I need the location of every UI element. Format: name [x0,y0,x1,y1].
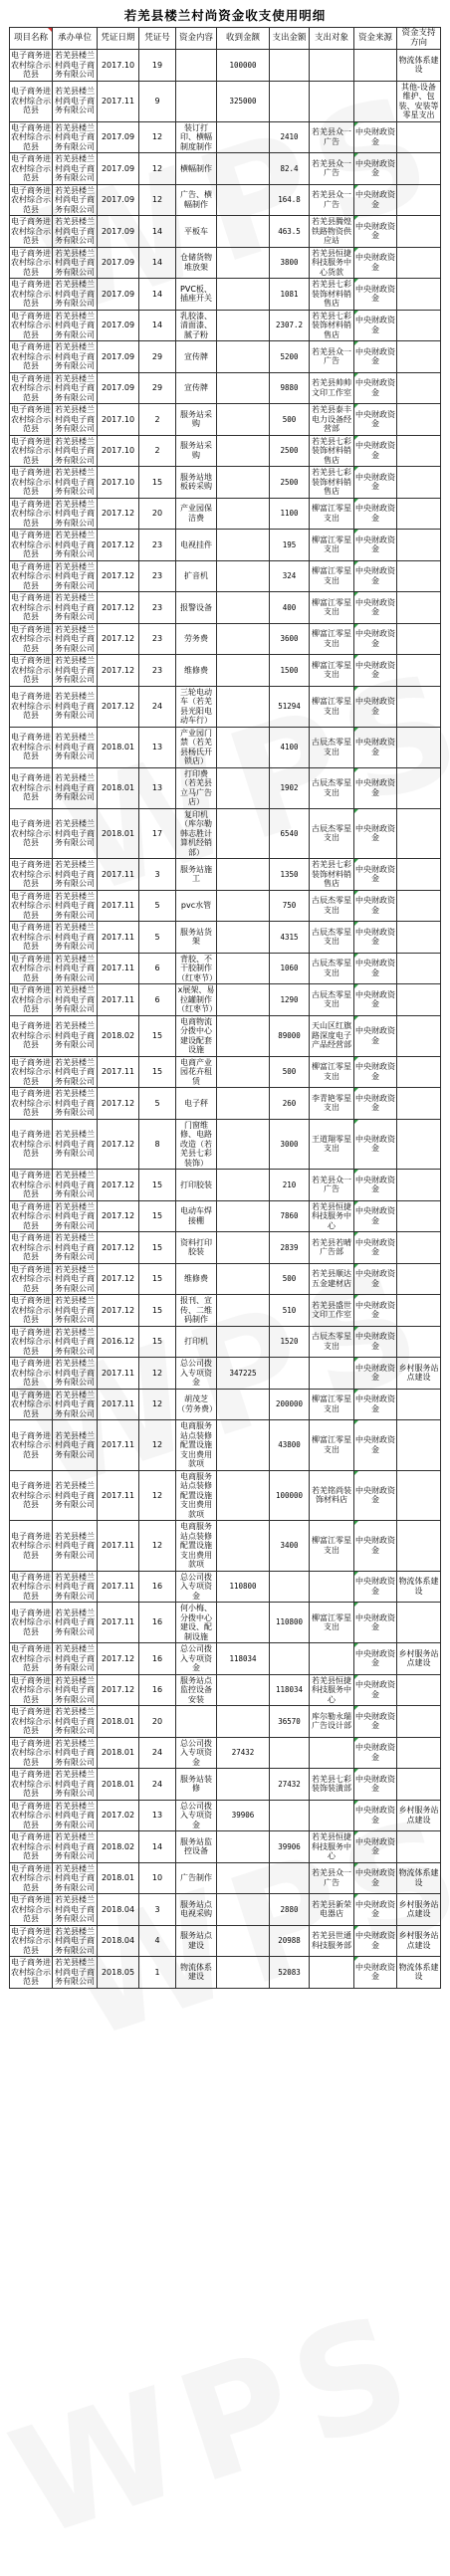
cell-project-name: 电子商务进农村综合示范县 [10,1119,53,1170]
table-body: 电子商务进农村综合示范县若羌县楼兰村尚电子商务有限公司2017.10191000… [10,50,441,1989]
cell-spent-amount: 110800 [270,1603,310,1643]
cell-organizer: 若羌县楼兰村尚电子商务有限公司 [53,1200,98,1232]
cell-spent-amount: 27432 [270,1769,310,1801]
cell-payee: 古辰杰零星支出 [310,890,354,922]
column-header: 资金来源 [354,28,397,50]
cell-voucher-date: 2017.11 [98,1470,139,1521]
cell-project-name: 电子商务进农村综合示范县 [10,279,53,311]
cell-fund-content: 总公司拨入专项资金 [176,1571,217,1603]
cell-voucher-no: 12 [139,153,176,185]
cell-organizer: 若羌县楼兰村尚电子商务有限公司 [53,81,98,121]
cell-fund-source: 中央财政资金 [354,1170,397,1201]
cell-fund-source: 中央财政资金 [354,435,397,467]
cell-project-name: 电子商务进农村综合示范县 [10,247,53,279]
cell-voucher-date: 2018.02 [98,1831,139,1863]
cell-voucher-no: 19 [139,50,176,82]
table-row: 电子商务进农村综合示范县若羌县楼兰村尚电子商务有限公司2018.0215电商物流… [10,1015,441,1056]
cell-voucher-date: 2017.09 [98,279,139,311]
cell-voucher-date: 2018.01 [98,1769,139,1801]
cell-project-name: 电子商务进农村综合示范县 [10,50,53,82]
cell-organizer: 若羌县楼兰村尚电子商务有限公司 [53,310,98,341]
cell-project-name: 电子商务进农村综合示范县 [10,1200,53,1232]
cell-project-name: 电子商务进农村综合示范县 [10,372,53,404]
cell-received-amount: 27432 [217,1737,270,1769]
cell-fund-content: 维修费 [176,1263,217,1295]
cell-spent-amount: 5200 [270,341,310,373]
cell-fund-source: 中央财政资金 [354,1521,397,1572]
cell-payee: 若羌县众一广告 [310,153,354,185]
cell-received-amount [217,922,270,954]
cell-voucher-date: 2018.01 [98,727,139,767]
cell-received-amount [217,890,270,922]
cell-payee: 柳富江零星支出 [310,530,354,561]
cell-payee: 王道翔零星支出 [310,1119,354,1170]
cell-fund-direction [397,372,441,404]
cell-fund-direction [397,1769,441,1801]
cell-received-amount [217,1862,270,1894]
cell-voucher-no: 5 [139,922,176,954]
cell-organizer: 若羌县楼兰村尚电子商务有限公司 [53,216,98,248]
cell-payee: 柳富江零星支出 [310,1420,354,1471]
cell-organizer: 若羌县楼兰村尚电子商务有限公司 [53,1706,98,1738]
cell-voucher-no: 12 [139,1389,176,1420]
cell-payee: 若羌县七彩装饰材料销售店 [310,279,354,311]
cell-fund-source: 中央财政资金 [354,1015,397,1056]
column-header: 凭证日期 [98,28,139,50]
cell-fund-source: 中央财政资金 [354,1358,397,1390]
cell-fund-direction [397,953,441,984]
table-row: 电子商务进农村综合示范县若羌县楼兰村尚电子商务有限公司2016.1215打印机1… [10,1326,441,1358]
cell-voucher-date: 2017.12 [98,592,139,624]
cell-payee: 若羌县泰丰电力设备经营部 [310,404,354,436]
cell-spent-amount: 2307.2 [270,310,310,341]
cell-payee: 古辰杰零星支出 [310,953,354,984]
table-row: 电子商务进农村综合示范县若羌县楼兰村尚电子商务有限公司2017.115pvc水管… [10,890,441,922]
cell-organizer: 若羌县楼兰村尚电子商务有限公司 [53,498,98,530]
cell-fund-direction [397,1088,441,1120]
cell-received-amount [217,279,270,311]
cell-fund-content: PVC板、插座开关 [176,279,217,311]
table-row: 电子商务进农村综合示范县若羌县楼兰村尚电子商务有限公司2018.051物流体系建… [10,1957,441,1989]
cell-voucher-date: 2017.11 [98,1603,139,1643]
cell-project-name: 电子商务进农村综合示范县 [10,1470,53,1521]
cell-fund-source: 中央财政资金 [354,767,397,808]
cell-received-amount [217,467,270,499]
cell-organizer: 若羌县楼兰村尚电子商务有限公司 [53,890,98,922]
cell-spent-amount: 1520 [270,1326,310,1358]
cell-fund-content: 总公司拨入专项资金 [176,1737,217,1769]
cell-fund-direction: 乡村服务站点建设 [397,1643,441,1675]
cell-voucher-no: 12 [139,1420,176,1471]
cell-payee: 若羌县七彩装饰材料销售店 [310,467,354,499]
cell-received-amount: 347225 [217,1358,270,1390]
cell-organizer: 若羌县楼兰村尚电子商务有限公司 [53,922,98,954]
cell-spent-amount: 500 [270,404,310,436]
cell-spent-amount: 2839 [270,1232,310,1264]
cell-voucher-date: 2017.12 [98,560,139,592]
table-row: 电子商务进农村综合示范县若羌县楼兰村尚电子商务有限公司2017.0912广告、横… [10,184,441,216]
cell-voucher-date: 2017.11 [98,953,139,984]
cell-voucher-date: 2017.09 [98,341,139,373]
cell-received-amount [217,1015,270,1056]
cell-fund-source: 中央财政资金 [354,922,397,954]
table-row: 电子商务进农村综合示范县若羌县楼兰村尚电子商务有限公司2017.11932500… [10,81,441,121]
cell-voucher-date: 2017.11 [98,1056,139,1088]
cell-fund-direction [397,560,441,592]
cell-fund-content: 复印机（库尔勒韩志胜计算机经销部） [176,808,217,859]
cell-voucher-date: 2017.11 [98,1420,139,1471]
cell-organizer: 若羌县楼兰村尚电子商务有限公司 [53,1470,98,1521]
cell-organizer: 若羌县楼兰村尚电子商务有限公司 [53,1263,98,1295]
cell-spent-amount [270,1643,310,1675]
cell-fund-content: 电子秤 [176,1088,217,1120]
cell-voucher-date: 2017.11 [98,1521,139,1572]
cell-received-amount [217,121,270,153]
cell-voucher-date: 2017.12 [98,1674,139,1706]
cell-voucher-date: 2017.12 [98,1088,139,1120]
cell-spent-amount: 39906 [270,1831,310,1863]
cell-spent-amount: 3800 [270,247,310,279]
cell-organizer: 若羌县楼兰村尚电子商务有限公司 [53,1170,98,1201]
cell-fund-source: 中央财政资金 [354,404,397,436]
table-row: 电子商务进农村综合示范县若羌县楼兰村尚电子商务有限公司2017.0914平板车4… [10,216,441,248]
cell-fund-source: 中央财政资金 [354,1470,397,1521]
table-row: 电子商务进农村综合示范县若羌县楼兰村尚电子商务有限公司2018.0124服务站装… [10,1769,441,1801]
cell-voucher-no: 3 [139,1894,176,1926]
cell-fund-content: 横幅制作 [176,153,217,185]
cell-received-amount [217,530,270,561]
cell-spent-amount: 500 [270,1263,310,1295]
cell-fund-content: 产业园保洁费 [176,498,217,530]
cell-voucher-date: 2018.01 [98,808,139,859]
cell-fund-direction [397,1389,441,1420]
cell-organizer: 若羌县楼兰村尚电子商务有限公司 [53,341,98,373]
cell-fund-direction [397,279,441,311]
cell-voucher-no: 2 [139,435,176,467]
cell-project-name: 电子商务进农村综合示范县 [10,727,53,767]
cell-fund-content: 三轮电动车（若羌县光阳电动车行） [176,686,217,727]
cell-fund-direction [397,1263,441,1295]
cell-voucher-date: 2017.12 [98,1119,139,1170]
cell-fund-content: 服务站点监控设备安装 [176,1674,217,1706]
cell-fund-source: 中央财政资金 [354,1769,397,1801]
cell-voucher-no: 23 [139,623,176,655]
cell-voucher-no: 16 [139,1643,176,1675]
cell-fund-direction [397,984,441,1016]
cell-payee: 柳富江零星支出 [310,498,354,530]
cell-fund-direction [397,1232,441,1264]
cell-spent-amount: 4315 [270,922,310,954]
table-row: 电子商务进农村综合示范县若羌县楼兰村尚电子商务有限公司2017.1112总公司拨… [10,1358,441,1390]
cell-fund-content: 服务站监控设备 [176,1831,217,1863]
cell-received-amount [217,767,270,808]
cell-received-amount: 39906 [217,1800,270,1831]
cell-voucher-date: 2017.02 [98,1800,139,1831]
cell-fund-content: 扩音机 [176,560,217,592]
table-row: 电子商务进农村综合示范县若羌县楼兰村尚电子商务有限公司2017.0912装订打印… [10,121,441,153]
cell-fund-content: 广告制作 [176,1862,217,1894]
cell-organizer: 若羌县楼兰村尚电子商务有限公司 [53,404,98,436]
cell-received-amount [217,655,270,687]
cell-received-amount [217,1200,270,1232]
cell-fund-content: 何小梅、分拨中心建设、配制设施 [176,1603,217,1643]
cell-fund-source: 中央财政资金 [354,1862,397,1894]
cell-spent-amount: 1902 [270,767,310,808]
cell-voucher-no: 6 [139,953,176,984]
cell-voucher-no: 14 [139,310,176,341]
cell-project-name: 电子商务进农村综合示范县 [10,153,53,185]
table-row: 电子商务进农村综合示范县若羌县楼兰村尚电子商务有限公司2017.102服务站采购… [10,404,441,436]
cell-voucher-no: 15 [139,1170,176,1201]
cell-fund-source: 中央财政资金 [354,1603,397,1643]
table-row: 电子商务进农村综合示范县若羌县楼兰村尚电子商务有限公司2017.1223电视挂件… [10,530,441,561]
table-row: 电子商务进农村综合示范县若羌县楼兰村尚电子商务有限公司2017.116背胶、不干… [10,953,441,984]
cell-project-name: 电子商务进农村综合示范县 [10,953,53,984]
cell-received-amount [217,1831,270,1863]
table-row: 电子商务进农村综合示范县若羌县楼兰村尚电子商务有限公司2017.125电子秤26… [10,1088,441,1120]
cell-payee: 若羌县七彩装饰材料销售店 [310,859,354,891]
table-row: 电子商务进农村综合示范县若羌县楼兰村尚电子商务有限公司2017.113服务站施工… [10,859,441,891]
cell-organizer: 若羌县楼兰村尚电子商务有限公司 [53,1521,98,1572]
cell-fund-source: 中央财政资金 [354,655,397,687]
table-row: 电子商务进农村综合示范县若羌县楼兰村尚电子商务有限公司2017.1223劳务费3… [10,623,441,655]
table-row: 电子商务进农村综合示范县若羌县楼兰村尚电子商务有限公司2017.102服务站采购… [10,435,441,467]
cell-fund-direction [397,184,441,216]
cell-payee: 若羌县世通科技服务部 [310,1925,354,1957]
cell-fund-source: 中央财政资金 [354,1925,397,1957]
cell-organizer: 若羌县楼兰村尚电子商务有限公司 [53,1420,98,1471]
cell-fund-source: 中央财政资金 [354,686,397,727]
cell-spent-amount: 260 [270,1088,310,1120]
cell-project-name: 电子商务进农村综合示范县 [10,310,53,341]
cell-received-amount [217,1263,270,1295]
cell-voucher-no: 24 [139,1769,176,1801]
cell-received-amount [217,1170,270,1201]
table-row: 电子商务进农村综合示范县若羌县楼兰村尚电子商务有限公司2017.1220产业园保… [10,498,441,530]
cell-voucher-date: 2017.10 [98,435,139,467]
cell-spent-amount: 1100 [270,498,310,530]
cell-fund-direction [397,216,441,248]
cell-project-name: 电子商务进农村综合示范县 [10,686,53,727]
cell-organizer: 若羌县楼兰村尚电子商务有限公司 [53,1571,98,1603]
cell-payee [310,1643,354,1675]
cell-project-name: 电子商务进农村综合示范县 [10,623,53,655]
cell-fund-direction [397,623,441,655]
table-row: 电子商务进农村综合示范县若羌县楼兰村尚电子商务有限公司2018.0110广告制作… [10,1862,441,1894]
cell-organizer: 若羌县楼兰村尚电子商务有限公司 [53,686,98,727]
cell-received-amount [217,1706,270,1738]
cell-fund-direction [397,1737,441,1769]
cell-payee: 若羌县恒捷科技服务中心货款 [310,247,354,279]
cell-fund-direction [397,467,441,499]
cell-project-name: 电子商务进农村综合示范县 [10,1263,53,1295]
cell-project-name: 电子商务进农村综合示范县 [10,1737,53,1769]
cell-fund-direction [397,247,441,279]
cell-project-name: 电子商务进农村综合示范县 [10,467,53,499]
cell-fund-direction: 乡村服务站点建设 [397,1358,441,1390]
cell-organizer: 若羌县楼兰村尚电子商务有限公司 [53,1862,98,1894]
cell-fund-content: 仓储货物堆放架 [176,247,217,279]
cell-fund-content: 电商服务站点装修配置设施支出费用款项 [176,1470,217,1521]
cell-fund-content: 打印机 [176,1326,217,1358]
cell-received-amount [217,1925,270,1957]
cell-payee [310,1800,354,1831]
cell-voucher-date: 2018.04 [98,1894,139,1926]
cell-voucher-no: 16 [139,1674,176,1706]
cell-voucher-no: 15 [139,467,176,499]
cell-project-name: 电子商务进农村综合示范县 [10,1769,53,1801]
cell-payee: 若羌县盛世文印工作室 [310,1295,354,1327]
cell-organizer: 若羌县楼兰村尚电子商务有限公司 [53,655,98,687]
cell-organizer: 若羌县楼兰村尚电子商务有限公司 [53,50,98,82]
cell-voucher-no: 23 [139,530,176,561]
cell-project-name: 电子商务进农村综合示范县 [10,1056,53,1088]
cell-project-name: 电子商务进农村综合示范县 [10,81,53,121]
funds-table: 项目名称承办单位凭证日期凭证号资金内容收到金额支出金额支出对象资金来源资金支持方… [9,27,441,1989]
cell-fund-source: 中央财政资金 [354,153,397,185]
cell-fund-content: 打印胶装 [176,1170,217,1201]
table-row: 电子商务进农村综合示范县若羌县楼兰村尚电子商务有限公司2017.1223报警设备… [10,592,441,624]
cell-organizer: 若羌县楼兰村尚电子商务有限公司 [53,247,98,279]
cell-voucher-date: 2017.12 [98,1643,139,1675]
cell-received-amount [217,1232,270,1264]
cell-organizer: 若羌县楼兰村尚电子商务有限公司 [53,1957,98,1989]
cell-voucher-date: 2017.11 [98,922,139,954]
cell-fund-direction [397,808,441,859]
table-row: 电子商务进农村综合示范县若羌县楼兰村尚电子商务有限公司2017.1015服务站地… [10,467,441,499]
cell-payee: 若羌县腾煌铁路物资供应站 [310,216,354,248]
table-row: 电子商务进农村综合示范县若羌县楼兰村尚电子商务有限公司2018.0117复印机（… [10,808,441,859]
wps-watermark: WPS [0,2279,438,2571]
cell-payee: 若羌县帅帅文印工作室 [310,372,354,404]
cell-payee: 若羌县众一广告 [310,1862,354,1894]
cell-received-amount [217,984,270,1016]
cell-fund-direction: 乡村服务站点建设 [397,1925,441,1957]
cell-organizer: 若羌县楼兰村尚电子商务有限公司 [53,859,98,891]
cell-voucher-no: 14 [139,247,176,279]
cell-voucher-date: 2017.12 [98,1200,139,1232]
cell-project-name: 电子商务进农村综合示范县 [10,1015,53,1056]
cell-fund-direction [397,922,441,954]
cell-fund-source: 中央财政资金 [354,498,397,530]
cell-payee: 柳富江零星支出 [310,1389,354,1420]
cell-voucher-date: 2017.12 [98,686,139,727]
cell-received-amount [217,1326,270,1358]
cell-fund-direction: 物流体系建设 [397,1957,441,1989]
cell-fund-source: 中央财政资金 [354,1232,397,1264]
cell-received-amount [217,184,270,216]
cell-fund-source: 中央财政资金 [354,467,397,499]
cell-project-name: 电子商务进农村综合示范县 [10,1358,53,1390]
cell-payee: 李青艳零星支出 [310,1088,354,1120]
cell-fund-direction: 乡村服务站点建设 [397,1800,441,1831]
table-row: 电子商务进农村综合示范县若羌县楼兰村尚电子商务有限公司2017.115服务站货架… [10,922,441,954]
cell-fund-direction [397,121,441,153]
cell-organizer: 若羌县楼兰村尚电子商务有限公司 [53,435,98,467]
cell-spent-amount: 463.5 [270,216,310,248]
cell-voucher-date: 2018.04 [98,1925,139,1957]
table-head-row: 项目名称承办单位凭证日期凭证号资金内容收到金额支出金额支出对象资金来源资金支持方… [10,28,441,50]
cell-voucher-date: 2017.12 [98,1263,139,1295]
cell-payee [310,1358,354,1390]
cell-voucher-date: 2017.09 [98,216,139,248]
cell-fund-content: 胡茂芝（劳务费） [176,1389,217,1420]
cell-fund-content: 服务站施工 [176,859,217,891]
cell-fund-content: 背胶、不干胶制作（红枣节） [176,953,217,984]
cell-fund-content: 服务站采购 [176,435,217,467]
cell-payee: 柳富江零星支出 [310,1056,354,1088]
cell-organizer: 若羌县楼兰村尚电子商务有限公司 [53,1603,98,1643]
cell-project-name: 电子商务进农村综合示范县 [10,121,53,153]
cell-voucher-date: 2017.10 [98,50,139,82]
cell-payee: 若羌县众一广告 [310,1170,354,1201]
cell-payee: 库尔勒永瑞广告设计部 [310,1706,354,1738]
cell-organizer: 若羌县楼兰村尚电子商务有限公司 [53,808,98,859]
cell-voucher-no: 20 [139,498,176,530]
cell-payee: 若羌县众一广告 [310,121,354,153]
cell-project-name: 电子商务进农村综合示范县 [10,1706,53,1738]
cell-fund-direction [397,1119,441,1170]
cell-fund-source: 中央财政资金 [354,1200,397,1232]
column-header: 支出金额 [270,28,310,50]
cell-payee: 柳富江零星支出 [310,592,354,624]
cell-organizer: 若羌县楼兰村尚电子商务有限公司 [53,1088,98,1120]
cell-fund-source: 中央财政资金 [354,1643,397,1675]
table-row: 电子商务进农村综合示范县若羌县楼兰村尚电子商务有限公司2017.1223扩音机3… [10,560,441,592]
cell-fund-content: 物流体系建设 [176,1957,217,1989]
cell-payee: 若羌县顺达五金建材店 [310,1263,354,1295]
cell-voucher-no: 23 [139,592,176,624]
cell-fund-source: 中央财政资金 [354,1420,397,1471]
cell-fund-content: 平板车 [176,216,217,248]
cell-voucher-date: 2017.11 [98,890,139,922]
cell-payee: 古辰杰零星支出 [310,767,354,808]
cell-received-amount: 118034 [217,1643,270,1675]
cell-fund-content: 服务站点建设 [176,1925,217,1957]
table-row: 电子商务进农村综合示范县若羌县楼兰村尚电子商务有限公司2017.0914仓储货物… [10,247,441,279]
cell-received-amount [217,435,270,467]
cell-received-amount [217,686,270,727]
cell-voucher-no: 12 [139,1470,176,1521]
cell-fund-direction [397,1706,441,1738]
cell-fund-content: 电商服务站点装修配置设施支出费用款项 [176,1521,217,1572]
cell-fund-source: 中央财政资金 [354,1674,397,1706]
cell-organizer: 若羌县楼兰村尚电子商务有限公司 [53,1358,98,1390]
page-title: 若羌县楼兰村尚资金收支使用明细 [0,0,450,27]
cell-fund-direction: 其他-设备维护、包装、安装等零星支出 [397,81,441,121]
cell-voucher-no: 17 [139,808,176,859]
cell-fund-content: 产业园门禁（若羌县杨氏开锁店） [176,727,217,767]
cell-organizer: 若羌县楼兰村尚电子商务有限公司 [53,372,98,404]
cell-project-name: 电子商务进农村综合示范县 [10,1521,53,1572]
column-header: 资金支持方向 [397,28,441,50]
cell-payee: 若羌县恒捷科技服务中心 [310,1674,354,1706]
cell-spent-amount: 89000 [270,1015,310,1056]
cell-received-amount [217,310,270,341]
cell-fund-content: 电动车焊接棚 [176,1200,217,1232]
cell-spent-amount: 118034 [270,1674,310,1706]
cell-payee: 古辰杰零星支出 [310,727,354,767]
cell-voucher-no: 3 [139,859,176,891]
cell-fund-source: 中央财政资金 [354,1957,397,1989]
cell-voucher-date: 2017.12 [98,1295,139,1327]
cell-organizer: 若羌县楼兰村尚电子商务有限公司 [53,767,98,808]
cell-spent-amount: 3600 [270,623,310,655]
cell-fund-source: 中央财政资金 [354,279,397,311]
cell-fund-source: 中央财政资金 [354,953,397,984]
cell-fund-content: 服务站货架 [176,922,217,954]
cell-organizer: 若羌县楼兰村尚电子商务有限公司 [53,727,98,767]
